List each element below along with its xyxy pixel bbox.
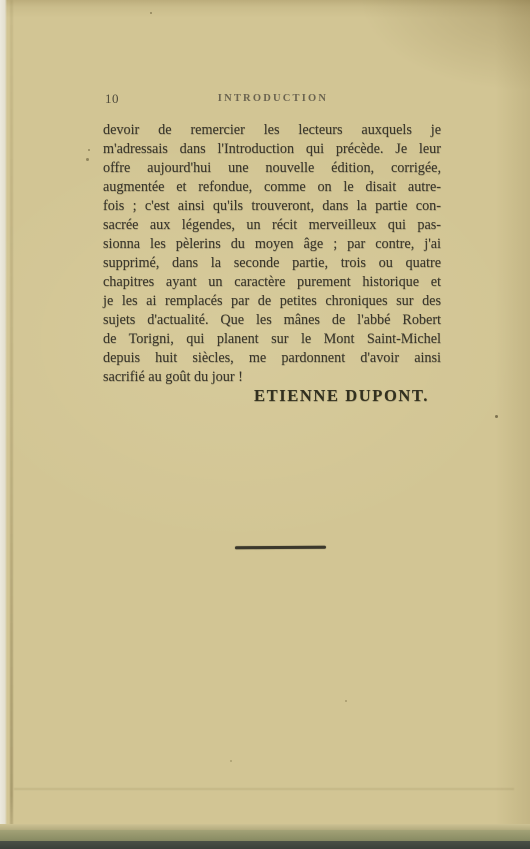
body-line: sujets d'actualité. Que les mânes de l'a… <box>103 311 441 330</box>
running-title: INTRODUCTION <box>103 93 443 104</box>
body-line: sacrifié au goût du jour ! <box>103 368 441 387</box>
body-line: offre aujourd'hui une nouvelle édition, … <box>103 159 441 178</box>
paper-speck <box>495 415 498 418</box>
scan-background-strip <box>0 830 530 841</box>
gutter-crease <box>10 0 13 838</box>
body-line: supprimé, dans la seconde partie, trois … <box>103 254 441 273</box>
running-head: 10 INTRODUCTION <box>103 90 443 108</box>
body-line: chapitres ayant un caractère purement hi… <box>103 273 441 292</box>
body-line: depuis huit siècles, me pardonnent d'avo… <box>103 349 441 368</box>
body-line: augmentée et refondue, comme on le disai… <box>103 178 441 197</box>
body-line: devoir de remercier les lecteurs auxquel… <box>103 121 441 140</box>
paper-speck <box>150 12 152 14</box>
section-divider-rule <box>235 546 326 550</box>
body-line: m'adressais dans l'Introduction qui préc… <box>103 140 441 159</box>
paper-speck <box>345 700 347 702</box>
body-paragraph: devoir de remercier les lecteurs auxquel… <box>103 121 441 387</box>
author-signature: ETIENNE DUPONT. <box>103 386 441 406</box>
paper-speck <box>230 760 232 762</box>
body-line: je les ai remplacés par de petites chron… <box>103 292 441 311</box>
body-line: de Torigni, qui planent sur le Mont Sain… <box>103 330 441 349</box>
bottom-crease <box>14 788 514 790</box>
book-page-scan: 10 INTRODUCTION devoir de remercier les … <box>0 0 530 849</box>
body-line: fois ; c'est ainsi qu'ils trouveront, da… <box>103 197 441 216</box>
page-left-edge <box>0 0 7 840</box>
scan-background-edge <box>0 841 530 849</box>
body-line: sacrée aux légendes, un récit merveilleu… <box>103 216 441 235</box>
paper-speck <box>88 149 90 151</box>
body-line: sionna les pèlerins du moyen âge ; par c… <box>103 235 441 254</box>
paper-speck <box>86 158 89 161</box>
